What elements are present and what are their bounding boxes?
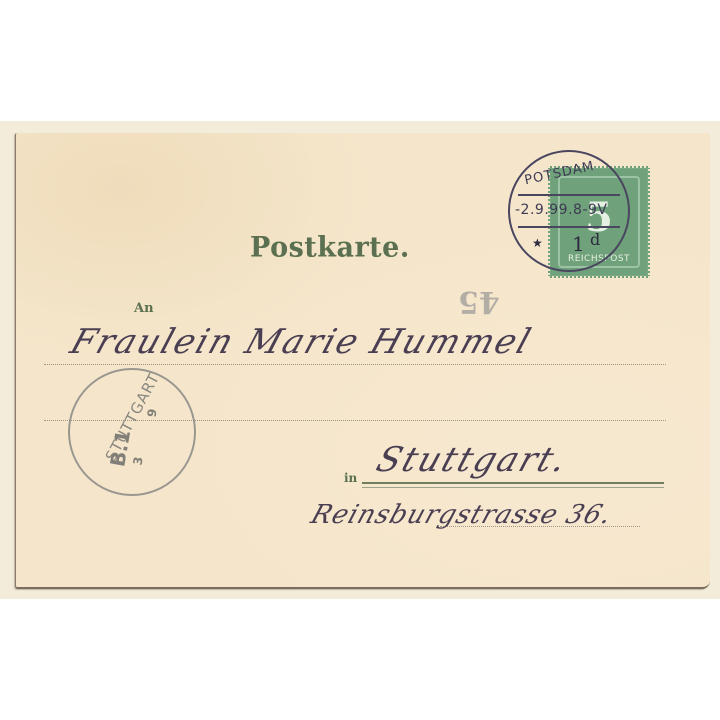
city-underline [362,482,664,484]
recipient-handwriting: Fraulein Marie Hummel [66,322,538,362]
postmark-bar-bottom [518,226,620,228]
postcard-title: Postkarte. [250,231,410,264]
receiving-postmark-bottom: 3 [131,456,146,467]
street-handwriting: Reinsburgstrasse 36. [307,500,616,530]
address-line-1 [44,364,666,365]
postmark-letter: d [590,230,600,249]
star-icon: ★ [532,236,543,250]
postmark-city: POTSDAM [523,159,596,188]
label-in: in [344,471,357,485]
receiving-postmark: STUTTGART B.1 9 3 [68,368,196,496]
postmark-bar-top [518,194,620,196]
pencil-number-mark: 45 [458,284,500,319]
origin-postmark: POTSDAM -2.9.99.8-9V ★ 1 d [508,150,630,272]
receiving-postmark-day: 9 [145,408,160,419]
label-to: An [134,301,154,316]
city-handwriting: Stuttgart. [372,440,574,480]
city-underline-secondary [362,487,664,488]
postmark-number: 1 [572,232,585,256]
postmark-date: -2.9.99.8-9V [515,202,607,218]
